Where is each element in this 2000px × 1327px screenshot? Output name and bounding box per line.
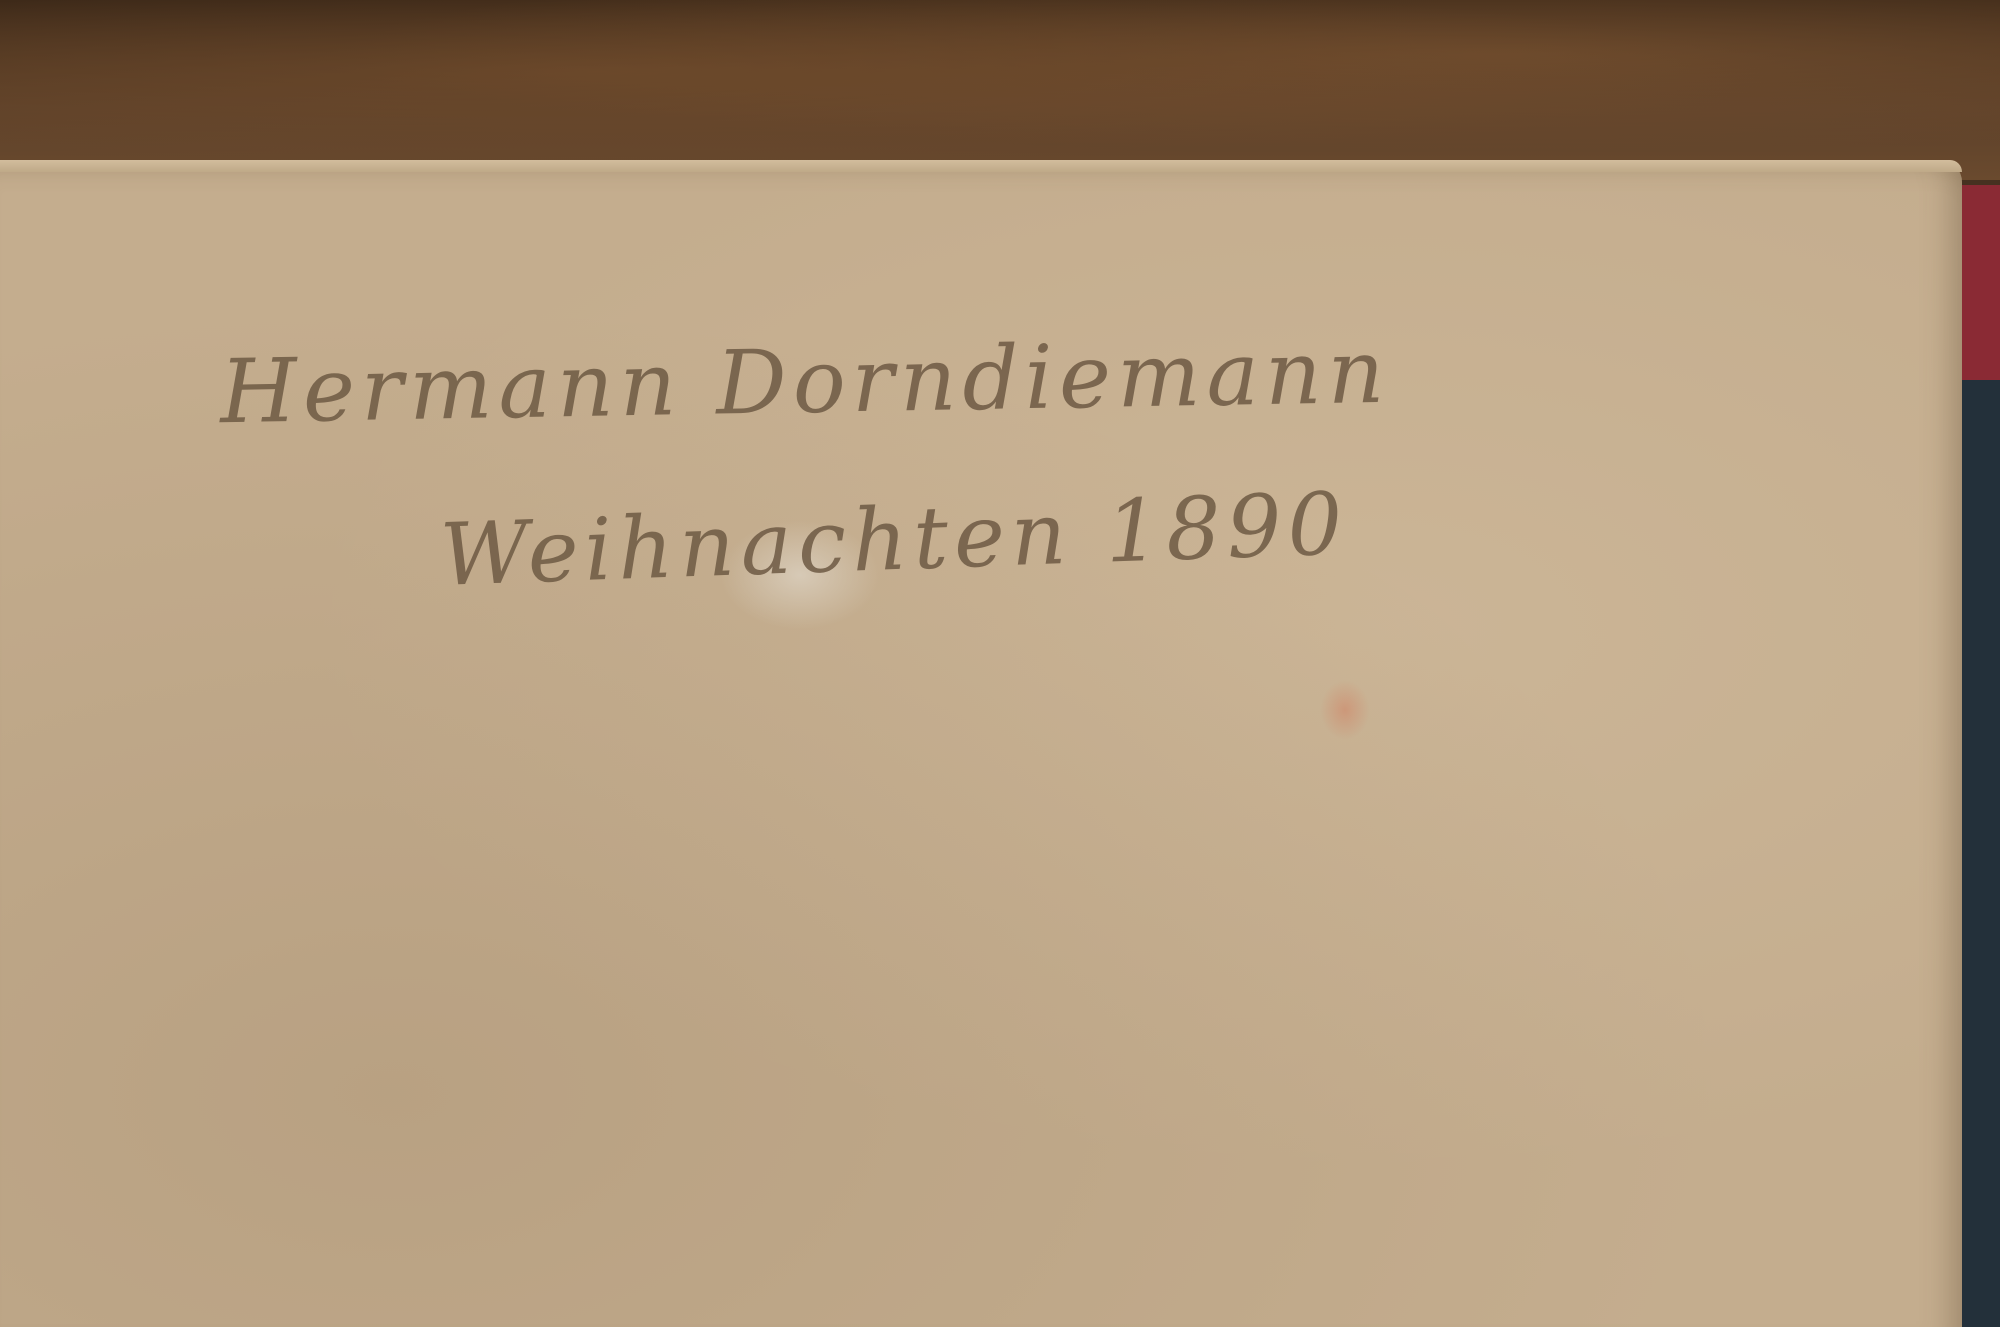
page-top-edge — [0, 160, 1962, 172]
inscription-name: Hermann Dorndiemann — [219, 320, 1391, 443]
red-spot — [1320, 680, 1370, 740]
wooden-table-background — [0, 0, 2000, 180]
